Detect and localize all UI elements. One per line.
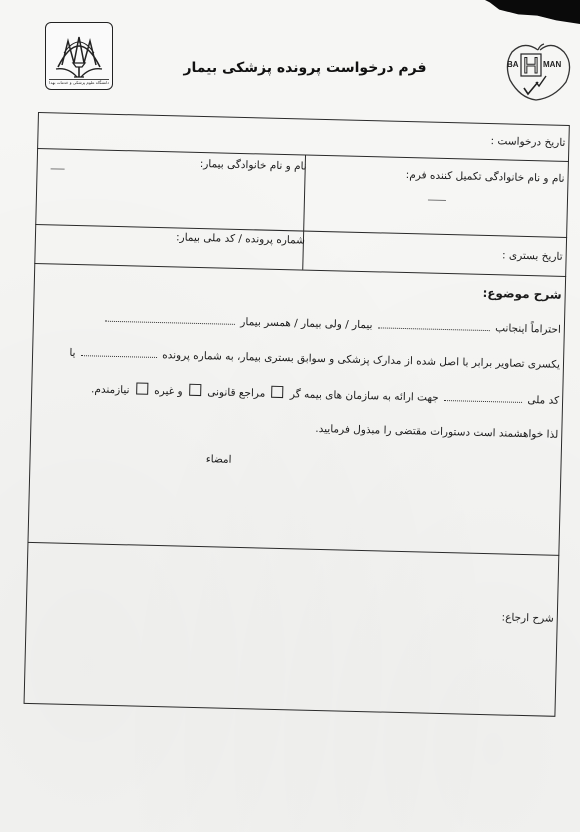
file-number-field[interactable] [81, 346, 157, 358]
line2-suffix: یا [69, 347, 75, 359]
request-form: تاریخ درخواست : نام و نام خانوادگی تکمیل… [24, 112, 570, 717]
other-label: غیره [154, 385, 174, 397]
svg-text:H: H [523, 53, 539, 78]
scan-shadow [485, 0, 580, 24]
line3-suffix: نیازمندم. [91, 383, 130, 396]
request-date-label: تاریخ درخواست : [490, 135, 565, 149]
referral-field[interactable] [28, 548, 556, 711]
requester-name-field[interactable] [378, 318, 490, 331]
signature-label: امضاء [206, 453, 232, 466]
legal-label: مراجع قانونی [207, 386, 265, 399]
admission-date-label: تاریخ بستری : [502, 249, 563, 262]
line1-prefix: احتراماً اینجانب [495, 322, 561, 336]
patient-name-label: نام و نام خانوادگی بیمار: [200, 158, 307, 173]
legal-authorities-checkbox[interactable] [189, 384, 201, 396]
insurance-checkbox[interactable] [272, 386, 284, 398]
and-label: و [177, 385, 182, 397]
other-checkbox[interactable] [136, 382, 148, 394]
bahman-hospital-logo-icon: BA H MAN [502, 42, 576, 102]
scanned-page: دانشگاه علوم پزشکی و خدمات بهداشتی درمان… [0, 0, 580, 832]
subject-heading: شرح موضوع: [482, 286, 561, 302]
relation-name-field[interactable] [105, 312, 235, 325]
svg-text:BA: BA [507, 60, 519, 69]
national-id-field[interactable] [444, 391, 522, 403]
svg-text:MAN: MAN [543, 60, 561, 69]
line3-prefix: کد ملی [527, 394, 559, 407]
emblem-caption: دانشگاه علوم پزشکی و خدمات بهداشتی درمان… [49, 79, 109, 86]
page-title: فرم درخواست پرونده پزشکی بیمار [180, 60, 430, 76]
university-emblem-icon: دانشگاه علوم پزشکی و خدمات بهداشتی درمان… [45, 22, 113, 90]
